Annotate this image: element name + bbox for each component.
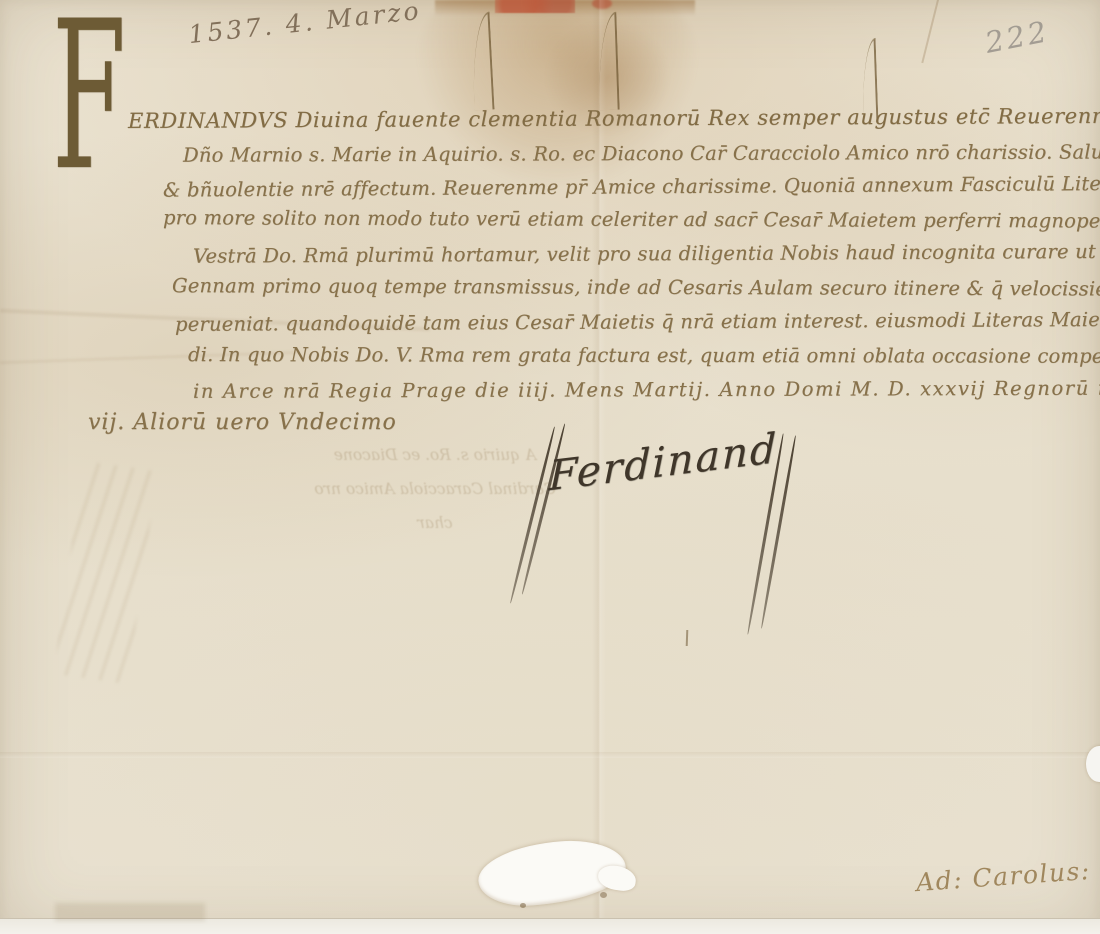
body-line-1: ERDINANDVS Diuina fauente clementia Roma… [128,103,1100,133]
edge-notch [1086,746,1100,782]
verso-showthrough-address: A quirio s. Ro. ec Diacone Cardinal Cara… [295,438,575,540]
corner-crease [921,0,940,63]
horizontal-fold [0,752,1100,758]
docket-note: Ad: Carolus: [915,856,1091,897]
verso-showthrough-left [53,461,157,684]
signature: Ferdinand [548,424,778,501]
body-line-3: & bñuolentie nrē affectum. Reuerenme pr̄… [163,171,1100,201]
body-line-6: Gennam primo quoq tempe transmissus, ind… [172,274,1100,301]
ink-speck [686,630,689,646]
folio-number: 222 [982,14,1052,60]
body-line-4: pro more solito non modo tuto verū etiam… [163,206,1100,233]
body-line-2: Dño Marnio s. Marie in Aquirio. s. Ro. e… [183,140,1100,166]
tear-speck-2 [600,892,607,898]
body-line-9: in Arce nrā Regia Prage die iiij. Mens M… [193,376,1100,403]
seal-residue [495,0,575,13]
bottom-edge-smudge [55,903,205,921]
manuscript-page: 1537. 4. Marzo 222 F ERDINANDVS Diuina f… [0,0,1100,934]
top-edge-stain [435,0,695,16]
initial-letter-F: F [52,10,126,184]
paper-tear-tail [597,863,638,892]
body-line-5: Vestrā Do. Rmā plurimū hortamur, velit p… [193,239,1100,267]
tear-speck-1 [520,903,526,908]
paper-tear [476,837,628,909]
bottom-edge-strip [0,918,1100,934]
seal-residue-dot [592,0,612,9]
date-annotation: 1537. 4. Marzo [187,0,423,49]
ascender-flourish-1 [469,12,494,111]
ascender-flourish-2 [596,12,619,111]
body-line-8: di. In quo Nobis Do. V. Rma rem grata fa… [188,343,1100,368]
body-line-10: vij. Aliorū uero Vndecimo [88,410,397,435]
verso-showthrough-line: A quirio s. Ro. ec Diacone [295,438,575,472]
body-line-7: perueniat. quandoquidē tam eius Cesar̄ M… [175,307,1100,336]
